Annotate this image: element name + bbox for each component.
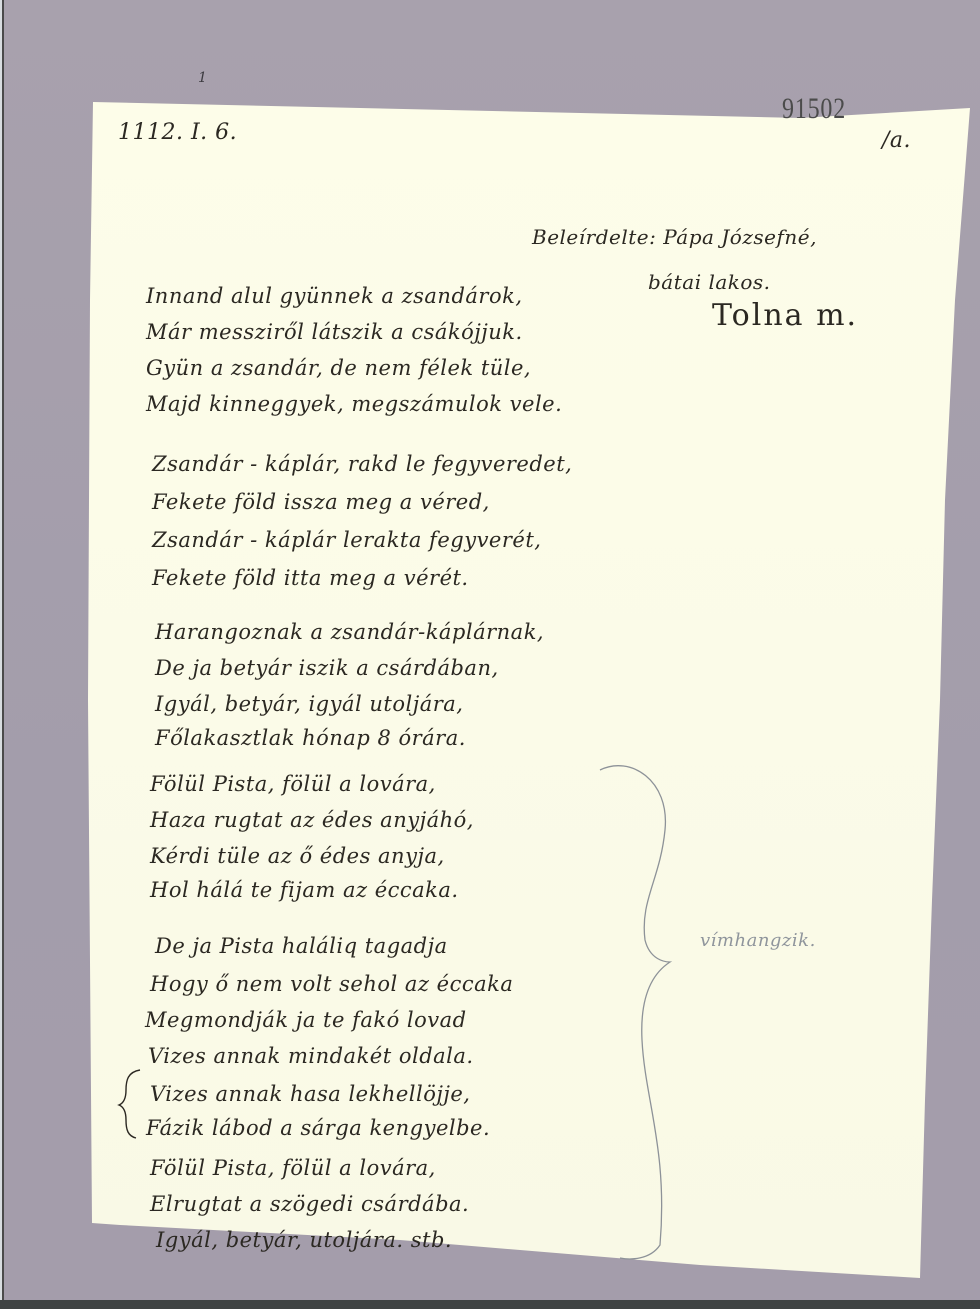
verse-line: Fekete föld itta meg a vérét. [152, 566, 469, 590]
verse-line: Zsandár - káplár lerakta fegyverét, [152, 528, 541, 552]
attribution-residence: bátai lakos. [648, 270, 771, 294]
verse-line: Majd kinneggyek, megszámulok vele. [146, 392, 562, 416]
corner-mark: 1 [198, 70, 207, 86]
verse-line: Elrugtat a szögedi csárdába. [150, 1192, 469, 1216]
verse-line: Fölül Pista, fölül a lovára, [150, 772, 436, 796]
attribution-informant: Beleírdelte: Pápa Józsefné, [532, 225, 817, 249]
verse-line: De ja Pista haláliq tagadja [155, 934, 448, 958]
attribution-county: Tolna m. [712, 298, 858, 333]
verse-line: Zsandár - káplár, rakd le fegyveredet, [152, 452, 572, 476]
verse-line: Fölül Pista, fölül a lovára, [150, 1156, 436, 1180]
verse-line-bracketed: Fázik lábod a sárga kengyelbe. [146, 1116, 490, 1140]
verse-line: Fekete föld issza meg a véred, [152, 490, 490, 514]
verse-line: Vizes annak mindakét oldala. [148, 1044, 474, 1068]
verse-line: Kérdi tüle az ő édes anyja, [150, 844, 445, 868]
verse-line: Hol hálá te fijam az éccaka. [150, 878, 459, 902]
verse-line: Megmondják ja te fakó lovad [145, 1008, 467, 1032]
verse-line-bracketed: Vizes annak hasa lekhellöjje, [150, 1082, 471, 1106]
verse-line: Igyál, betyár, utoljára. stb. [156, 1228, 452, 1252]
verse-line: De ja betyár iszik a csárdában, [155, 656, 499, 680]
verse-line: Innand alul gyünnek a zsandárok, [146, 284, 523, 308]
archive-suffix: /a. [882, 128, 911, 153]
verse-line: Már messziről látszik a csákójjuk. [146, 320, 523, 344]
collection-date: 1112. I. 6. [118, 120, 237, 145]
verse-line: Hogy ő nem volt sehol az éccaka [150, 972, 513, 996]
pencil-margin-note: vímhangzik. [700, 930, 816, 951]
verse-line: Gyün a zsandár, de nem félek tüle, [146, 356, 531, 380]
manuscript-sheet: 1 91502 /a. 1112. I. 6. Beleírdelte: Páp… [0, 0, 980, 1309]
verse-line: Igyál, betyár, igyál utoljára, [155, 692, 464, 716]
verse-line: Harangoznak a zsandár-káplárnak, [155, 620, 544, 644]
paper-shape [0, 0, 980, 1309]
archive-number-stamp: 91502 [782, 92, 846, 126]
verse-line: Haza rugtat az édes anyjáhó, [150, 808, 474, 832]
verse-line: Főlakasztlak hónap 8 órára. [155, 726, 466, 750]
